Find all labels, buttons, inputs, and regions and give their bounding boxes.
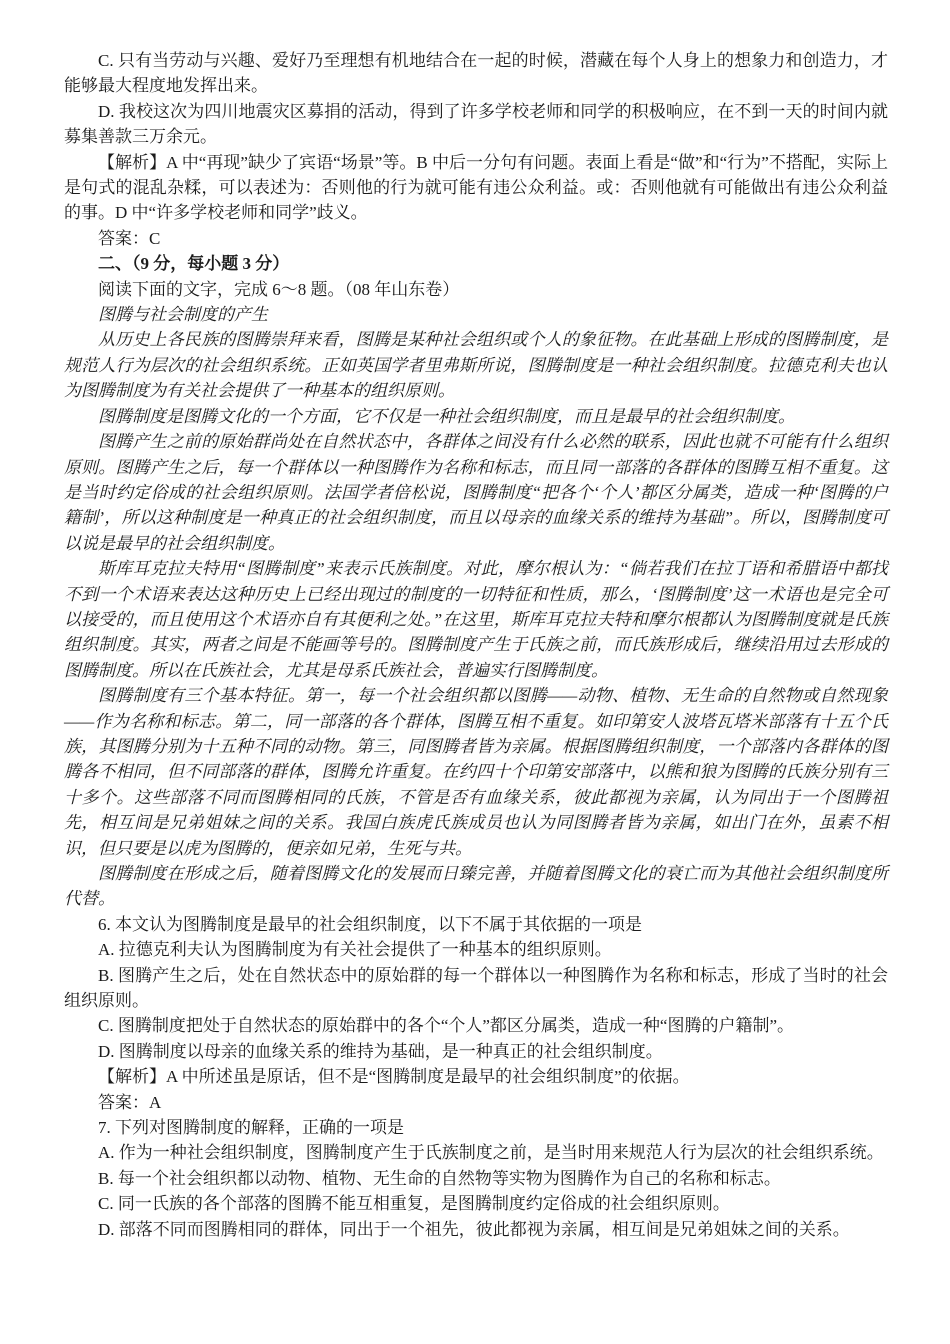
- question-7-option-c: C. 同一氏族的各个部落的图腾不能互相重复，是图腾制度约定俗成的社会组织原则。: [64, 1191, 888, 1216]
- passage-paragraph: 图腾制度有三个基本特征。第一，每一个社会组织都以图腾——动物、植物、无生命的自然…: [64, 683, 888, 861]
- choice-d: D. 我校这次为四川地震灾区募捐的活动，得到了许多学校老师和同学的积极响应，在不…: [64, 99, 888, 150]
- question-6: 6. 本文认为图腾制度是最早的社会组织制度，以下不属于其依据的一项是: [64, 912, 888, 937]
- question-6-option-a: A. 拉德克利夫认为图腾制度为有关社会提供了一种基本的组织原则。: [64, 937, 888, 962]
- analysis-text: 【解析】A 中“再现”缺少了宾语“场景”等。B 中后一分句有问题。表面上看是“做…: [64, 150, 888, 226]
- question-7: 7. 下列对图腾制度的解释，正确的一项是: [64, 1115, 888, 1140]
- question-7-option-d: D. 部落不同而图腾相同的群体，同出于一个祖先，彼此都视为亲属，相互间是兄弟姐妹…: [64, 1217, 888, 1242]
- answer-text: 答案：C: [64, 226, 888, 251]
- question-6-option-c: C. 图腾制度把处于自然状态的原始群中的各个“个人”都区分属类，造成一种“图腾的…: [64, 1013, 888, 1038]
- exam-answer-page: C. 只有当劳动与兴趣、爱好乃至理想有机地结合在一起的时候，潜藏在每个人身上的想…: [0, 0, 950, 1344]
- question-6-answer: 答案：A: [64, 1090, 888, 1115]
- passage-title: 图腾与社会制度的产生: [64, 302, 888, 327]
- question-7-option-b: B. 每一个社会组织都以动物、植物、无生命的自然物等实物为图腾作为自己的名称和标…: [64, 1166, 888, 1191]
- passage-paragraph: 图腾制度是图腾文化的一个方面，它不仅是一种社会组织制度，而且是最早的社会组织制度…: [64, 404, 888, 429]
- section-two-heading: 二、（9 分，每小题 3 分）: [64, 251, 888, 276]
- question-7-option-a: A. 作为一种社会组织制度，图腾制度产生于氏族制度之前，是当时用来规范人行为层次…: [64, 1140, 888, 1165]
- question-6-option-b: B. 图腾产生之后，处在自然状态中的原始群的每一个群体以一种图腾作为名称和标志，…: [64, 963, 888, 1014]
- question-6-option-d: D. 图腾制度以母亲的血缘关系的维持为基础，是一种真正的社会组织制度。: [64, 1039, 888, 1064]
- reading-instruction: 阅读下面的文字，完成 6～8 题。（08 年山东卷）: [64, 277, 888, 302]
- passage-paragraph: 图腾产生之前的原始群尚处在自然状态中，各群体之间没有什么必然的联系，因此也就不可…: [64, 429, 888, 556]
- passage-paragraph: 从历史上各民族的图腾崇拜来看，图腾是某种社会组织或个人的象征物。在此基础上形成的…: [64, 327, 888, 403]
- choice-c: C. 只有当劳动与兴趣、爱好乃至理想有机地结合在一起的时候，潜藏在每个人身上的想…: [64, 48, 888, 99]
- passage-paragraph: 斯库耳克拉夫特用“图腾制度”来表示氏族制度。对此，摩尔根认为：“倘若我们在拉丁语…: [64, 556, 888, 683]
- passage-paragraph: 图腾制度在形成之后，随着图腾文化的发展而日臻完善，并随着图腾文化的衰亡而为其他社…: [64, 861, 888, 912]
- question-6-analysis: 【解析】A 中所述虽是原话，但不是“图腾制度是最早的社会组织制度”的依据。: [64, 1064, 888, 1089]
